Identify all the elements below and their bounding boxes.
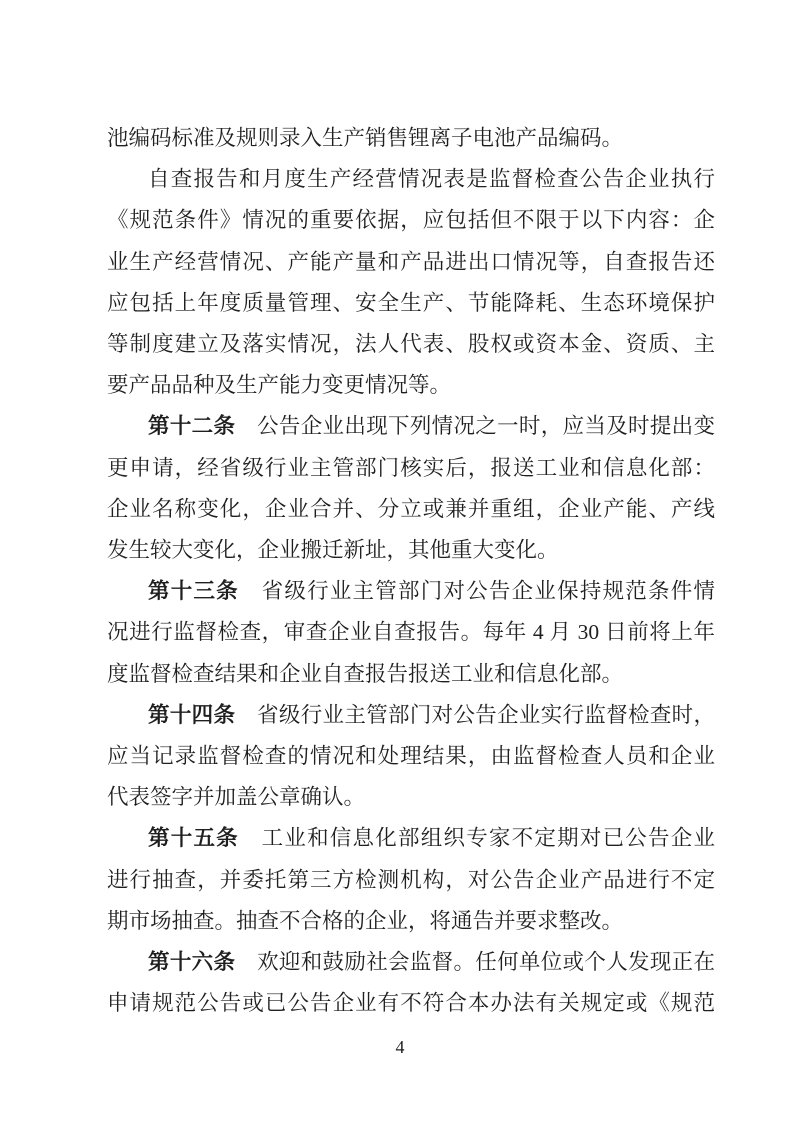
text-line: 应当记录监督检查的情况和处理结果，由监督检查人员和企业 — [107, 736, 715, 777]
text-line: 第十六条 欢迎和鼓励社会监督。任何单位或个人发现正在 — [107, 942, 715, 983]
article-number: 第十六条 — [148, 950, 235, 974]
text-line: 度监督检查结果和企业自查报告报送工业和信息化部。 — [107, 654, 715, 695]
document-page: 池编码标准及规则录入生产销售锂离子电池产品编码。自查报告和月度生产经营情况表是监… — [0, 0, 800, 1130]
page-number: 4 — [0, 1036, 800, 1058]
text-line: 申请规范公告或已公告企业有不符合本办法有关规定或《规范 — [107, 983, 715, 1024]
text-line: 代表签字并加盖公章确认。 — [107, 777, 715, 818]
text-line: 更申请，经省级行业主管部门核实后，报送工业和信息化部： — [107, 448, 715, 489]
text-line: 企业名称变化，企业合并、分立或兼并重组，企业产能、产线 — [107, 489, 715, 530]
text-line: 自查报告和月度生产经营情况表是监督检查公告企业执行 — [107, 159, 715, 200]
text-line: 《规范条件》情况的重要依据，应包括但不限于以下内容：企 — [107, 200, 715, 241]
text-block: 池编码标准及规则录入生产销售锂离子电池产品编码。自查报告和月度生产经营情况表是监… — [107, 118, 715, 1024]
text-line: 第十三条 省级行业主管部门对公告企业保持规范条件情 — [107, 571, 715, 612]
text-line: 应包括上年度质量管理、安全生产、节能降耗、生态环境保护 — [107, 283, 715, 324]
article-number: 第十四条 — [148, 703, 235, 727]
article-number: 第十五条 — [148, 826, 239, 850]
text-line: 第十五条 工业和信息化部组织专家不定期对已公告企业 — [107, 818, 715, 859]
text-line: 进行抽查，并委托第三方检测机构，对公告企业产品进行不定 — [107, 860, 715, 901]
text-line: 第十四条 省级行业主管部门对公告企业实行监督检查时， — [107, 695, 715, 736]
article-number: 第十三条 — [148, 579, 239, 603]
text-line: 等制度建立及落实情况，法人代表、股权或资本金、资质、主 — [107, 324, 715, 365]
text-line: 池编码标准及规则录入生产销售锂离子电池产品编码。 — [107, 118, 715, 159]
article-number: 第十二条 — [148, 414, 235, 438]
text-line: 第十二条 公告企业出现下列情况之一时，应当及时提出变 — [107, 406, 715, 447]
text-line: 业生产经营情况、产能产量和产品进出口情况等，自查报告还 — [107, 242, 715, 283]
text-line: 期市场抽查。抽查不合格的企业，将通告并要求整改。 — [107, 901, 715, 942]
text-line: 况进行监督检查，审查企业自查报告。每年 4 月 30 日前将上年 — [107, 612, 715, 653]
text-line: 发生较大变化，企业搬迁新址，其他重大变化。 — [107, 530, 715, 571]
text-line: 要产品品种及生产能力变更情况等。 — [107, 365, 715, 406]
